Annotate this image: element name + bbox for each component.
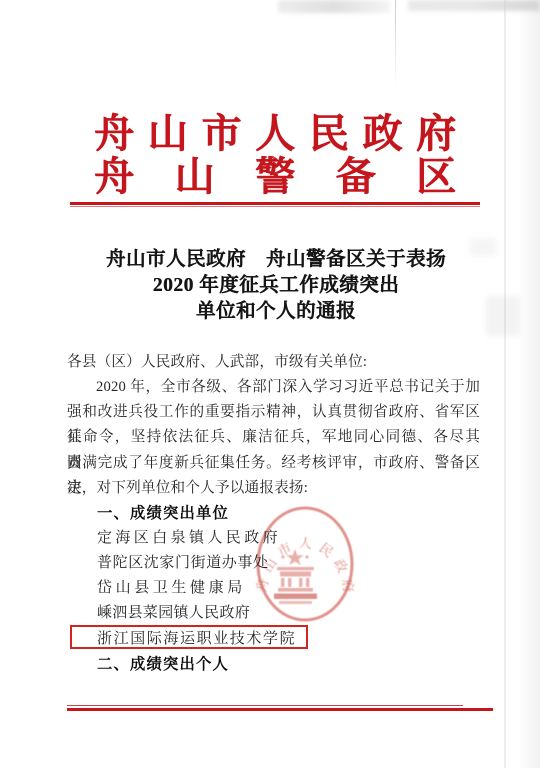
title-line-3: 单位和个人的通报 <box>8 299 540 325</box>
highlight-box <box>70 625 308 649</box>
scan-line-artifact <box>395 0 396 88</box>
salutation-line: 各县（区）人民政府、人武部，市级有关单位: <box>67 350 480 375</box>
body-line: 兵命令，坚持依法征兵、廉洁征兵，军地同心同德、各尽其责， <box>67 425 480 450</box>
body-line: 圆满完成了年度新兵征集任务。经考核评审，市政府、警备区决 <box>67 451 480 476</box>
red-letterhead: 舟山市人民政府 舟山警备区 <box>94 112 456 198</box>
body-line: 2020 年，全市各级、各部门深入学习习近平总书记关于加 <box>67 375 480 400</box>
scan-smudge <box>408 0 540 11</box>
letterhead-line-government: 舟山市人民政府 <box>94 112 456 155</box>
document-title: 舟山市人民政府 舟山警备区关于表扬 2020 年度征兵工作成绩突出 单位和个人的… <box>8 247 540 325</box>
bottom-rule-thin-line <box>67 705 463 706</box>
national-emblem-icon <box>274 549 317 604</box>
scan-line-artifact <box>504 0 506 768</box>
body-line: 定，对下列单位和个人予以通报表扬: <box>67 476 480 501</box>
title-line-1: 舟山市人民政府 舟山警备区关于表扬 <box>8 247 540 273</box>
letterhead-line-garrison: 舟山警备区 <box>94 155 456 198</box>
official-seal: 舟山市人民政府 <box>255 505 355 623</box>
section-heading-individuals: 二、成绩突出个人 <box>67 652 480 677</box>
scan-edge-shadow <box>518 0 540 768</box>
letterhead-separator-rule <box>70 202 480 209</box>
bottom-rule <box>67 705 493 711</box>
body-line: 强和改进兵役工作的重要指示精神，认真贯彻省政府、省军区征 <box>67 400 480 425</box>
separator-thick-line <box>70 202 480 205</box>
scan-smudge <box>278 0 390 13</box>
scanned-document-page: 舟山市人民政府 舟山警备区 舟山市人民政府 舟山警备区关于表扬 2020 年度征… <box>0 0 540 768</box>
separator-thin-line <box>70 206 480 207</box>
bottom-rule-thick-line <box>67 708 493 710</box>
title-line-2: 2020 年度征兵工作成绩突出 <box>8 273 540 299</box>
